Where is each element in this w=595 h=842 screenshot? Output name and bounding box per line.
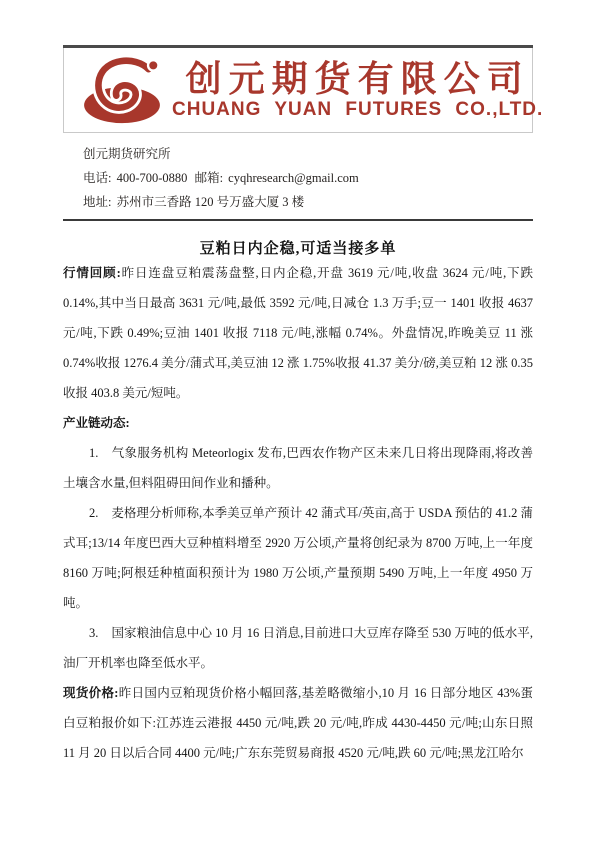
- industry-item-3-text: 国家粮油信息中心 10 月 16 日消息,目前进口大豆库存降至 530 万吨的低…: [63, 626, 533, 670]
- company-name-en: CHUANG YUAN FUTURES CO.,LTD.: [172, 100, 543, 120]
- research-institute-line: 创元期货研究所: [83, 142, 533, 166]
- email-label: 邮箱:: [195, 171, 223, 185]
- market-review-text: 昨日连盘豆粕震荡盘整,日内企稳,开盘 3619 元/吨,收盘 3624 元/吨,…: [63, 266, 533, 400]
- report-body: 行情回顾:昨日连盘豆粕震荡盘整,日内企稳,开盘 3619 元/吨,收盘 3624…: [63, 258, 533, 768]
- spot-price-paragraph: 现货价格:昨日国内豆粕现货价格小幅回落,基差略微缩小,10 月 16 日部分地区…: [63, 678, 533, 768]
- industry-item-1: 1.气象服务机构 Meteorlogix 发布,巴西农作物产区未来几日将出现降雨…: [63, 438, 533, 498]
- industry-item-1-text: 气象服务机构 Meteorlogix 发布,巴西农作物产区未来几日将出现降雨,将…: [63, 446, 533, 490]
- address-label: 地址:: [83, 195, 111, 209]
- market-review-label: 行情回顾:: [63, 266, 121, 280]
- report-title: 豆粕日内企稳,可适当接多单: [63, 237, 533, 258]
- research-institute: 创元期货研究所: [83, 147, 171, 161]
- market-review-paragraph: 行情回顾:昨日连盘豆粕震荡盘整,日内企稳,开盘 3619 元/吨,收盘 3624…: [63, 258, 533, 408]
- address-value: 苏州市三香路 120 号万盛大厦 3 楼: [117, 195, 305, 209]
- company-logo-box: 创元期货有限公司 CHUANG YUAN FUTURES CO.,LTD.: [63, 48, 533, 133]
- industry-chain-heading: 产业链动态:: [63, 408, 533, 438]
- phone-number: 400-700-0880: [117, 171, 188, 185]
- company-name-cn: 创元期货有限公司: [172, 60, 543, 98]
- spot-price-label: 现货价格:: [63, 686, 118, 700]
- company-name-block: 创元期货有限公司 CHUANG YUAN FUTURES CO.,LTD.: [172, 60, 543, 120]
- industry-item-2-text: 麦格理分析师称,本季美豆单产预计 42 蒲式耳/英亩,高于 USDA 预估的 4…: [63, 506, 533, 610]
- industry-item-2: 2.麦格理分析师称,本季美豆单产预计 42 蒲式耳/英亩,高于 USDA 预估的…: [63, 498, 533, 618]
- contact-block: 创元期货研究所 电话: 400-700-0880 邮箱: cyqhresearc…: [63, 133, 533, 214]
- phone-label: 电话:: [83, 171, 111, 185]
- address-line: 地址: 苏州市三香路 120 号万盛大厦 3 楼: [83, 190, 533, 214]
- industry-item-3-number: 3.: [89, 626, 98, 640]
- header-separator-rule: [63, 219, 533, 221]
- email-address: cyqhresearch@gmail.com: [228, 171, 359, 185]
- phone-email-line: 电话: 400-700-0880 邮箱: cyqhresearch@gmail.…: [83, 166, 533, 190]
- spot-price-text: 昨日国内豆粕现货价格小幅回落,基差略微缩小,10 月 16 日部分地区 43%蛋…: [63, 686, 533, 760]
- industry-item-1-number: 1.: [89, 446, 98, 460]
- company-logo-icon: [72, 54, 172, 126]
- industry-item-2-number: 2.: [89, 506, 98, 520]
- industry-item-3: 3.国家粮油信息中心 10 月 16 日消息,目前进口大豆库存降至 530 万吨…: [63, 618, 533, 678]
- document-page: 创元期货有限公司 CHUANG YUAN FUTURES CO.,LTD. 创元…: [0, 0, 595, 842]
